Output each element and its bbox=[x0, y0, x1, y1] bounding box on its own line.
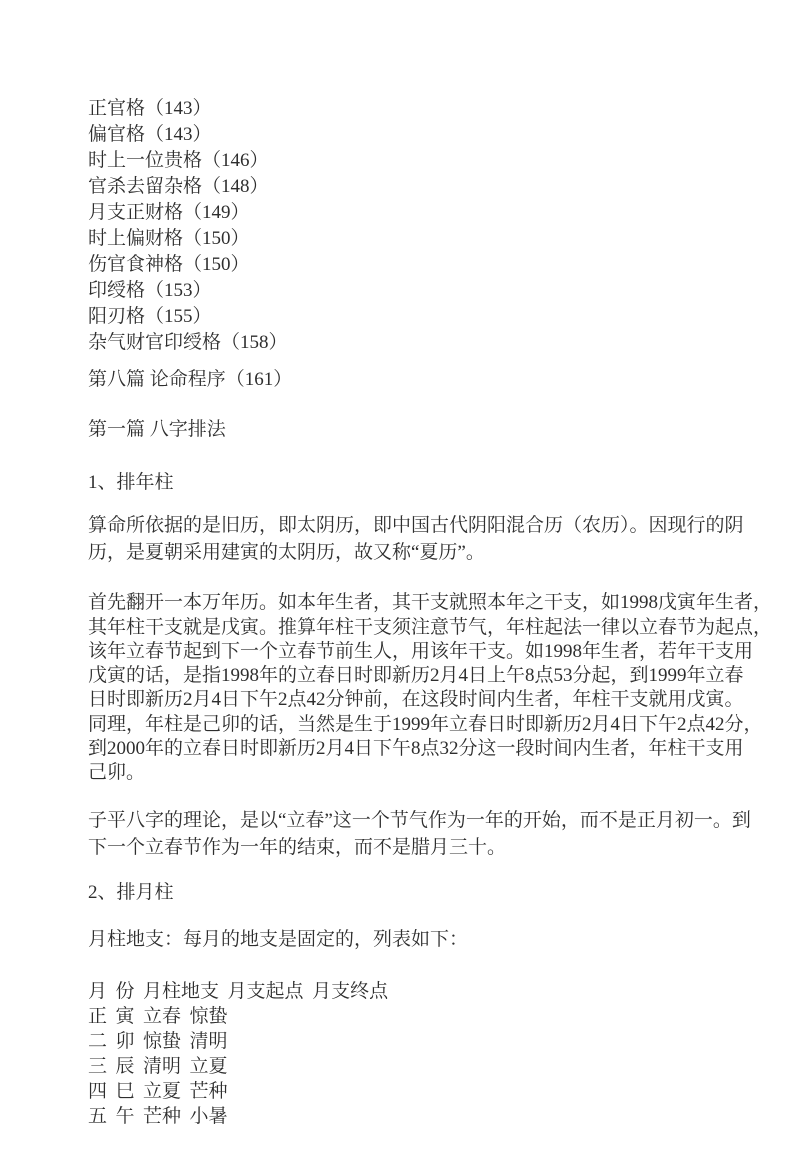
table-row: 四 巳 立夏 芒种 bbox=[88, 1079, 753, 1104]
paragraph-line: 戊寅的话，是指1998年的立春日时即新历2月4日上午8点53分起，到1999年立… bbox=[88, 664, 753, 688]
table-cell: 惊蛰 bbox=[143, 1029, 181, 1054]
paragraph-line: 其年柱干支就是戊寅。推算年柱干支须注意节气，年柱起法一律以立春节为起点， bbox=[88, 616, 753, 640]
table-header-cell: 月柱地支 bbox=[143, 979, 219, 1004]
section-heading-1: 第一篇 八字排法 bbox=[88, 417, 753, 443]
paragraph-line: 该年立春节起到下一个立春节前生人，用该年干支。如1998年生者，若年干支用 bbox=[88, 640, 753, 664]
paragraph-line: 算命所依据的是旧历，即太阴历，即中国古代阴阳混合历（农历）。因现行的阴 bbox=[88, 513, 753, 540]
toc-item: 正官格（143） bbox=[88, 96, 753, 122]
table-cell: 清明 bbox=[190, 1029, 228, 1054]
toc-item: 官杀去留杂格（148） bbox=[88, 174, 753, 200]
toc-item: 偏官格（143） bbox=[88, 122, 753, 148]
table-cell: 小暑 bbox=[190, 1104, 228, 1129]
table-cell: 五 bbox=[88, 1104, 107, 1129]
table-cell: 立夏 bbox=[190, 1054, 228, 1079]
month-table: 月 份 月柱地支 月支起点 月支终点 正 寅 立春 惊蛰 二 卯 惊蛰 清明 三… bbox=[88, 979, 753, 1129]
page: { "page": { "background": "#ffffff", "te… bbox=[0, 0, 789, 1157]
paragraph-line: 同理，年柱是己卯的话，当然是生于1999年立春日时即新历2月4日下午2点42分， bbox=[88, 713, 753, 737]
toc-item: 时上一位贵格（146） bbox=[88, 148, 753, 174]
table-row: 正 寅 立春 惊蛰 bbox=[88, 1004, 753, 1029]
table-cell: 立夏 bbox=[143, 1079, 181, 1104]
subsection-heading-month-pillar: 2、排月柱 bbox=[88, 880, 753, 906]
paragraph-line: 下一个立春节作为一年的结束，而不是腊月三十。 bbox=[88, 835, 753, 862]
section-heading-8: 第八篇 论命程序（161） bbox=[88, 367, 753, 393]
paragraph-line: 首先翻开一本万年历。如本年生者，其干支就照本年之干支，如1998戊寅年生者， bbox=[88, 591, 753, 615]
table-cell: 立春 bbox=[143, 1004, 181, 1029]
paragraph-line: 日时即新历2月4日下午2点42分钟前，在这段时间内生者，年柱干支就用戊寅。 bbox=[88, 688, 753, 712]
paragraph-line: 到2000年的立春日时即新历2月4日下午8点32分这一段时间内生者，年柱干支用 bbox=[88, 737, 753, 761]
toc-item: 伤官食神格（150） bbox=[88, 252, 753, 278]
table-cell: 辰 bbox=[116, 1054, 135, 1079]
subsection-heading-year-pillar: 1、排年柱 bbox=[88, 470, 753, 496]
table-cell: 清明 bbox=[143, 1054, 181, 1079]
paragraph-line: 己卯。 bbox=[88, 761, 753, 785]
table-cell: 卯 bbox=[116, 1029, 135, 1054]
table-cell: 芒种 bbox=[190, 1079, 228, 1104]
table-row: 三 辰 清明 立夏 bbox=[88, 1054, 753, 1079]
paragraph-month-intro: 月柱地支：每月的地支是固定的，列表如下： bbox=[88, 927, 753, 953]
table-row: 二 卯 惊蛰 清明 bbox=[88, 1029, 753, 1054]
toc-list: 正官格（143） 偏官格（143） 时上一位贵格（146） 官杀去留杂格（148… bbox=[88, 96, 753, 356]
table-cell: 二 bbox=[88, 1029, 107, 1054]
toc-item: 杂气财官印绶格（158） bbox=[88, 330, 753, 356]
table-cell: 四 bbox=[88, 1079, 107, 1104]
table-cell: 正 bbox=[88, 1004, 107, 1029]
table-row: 五 午 芒种 小暑 bbox=[88, 1104, 753, 1129]
table-cell: 寅 bbox=[116, 1004, 135, 1029]
toc-item: 阳刃格（155） bbox=[88, 304, 753, 330]
paragraph-line: 历，是夏朝采用建寅的太阴历，故又称“夏历”。 bbox=[88, 540, 753, 567]
paragraph-calendar: 算命所依据的是旧历，即太阴历，即中国古代阴阳混合历（农历）。因现行的阴 历，是夏… bbox=[88, 513, 753, 566]
table-header-cell: 月支起点 bbox=[228, 979, 304, 1004]
toc-item: 月支正财格（149） bbox=[88, 200, 753, 226]
table-cell: 三 bbox=[88, 1054, 107, 1079]
table-header-row: 月 份 月柱地支 月支起点 月支终点 bbox=[88, 979, 753, 1004]
content-column: 正官格（143） 偏官格（143） 时上一位贵格（146） 官杀去留杂格（148… bbox=[88, 0, 753, 1129]
paragraph-lichun: 子平八字的理论，是以“立春”这一个节气作为一年的开始，而不是正月初一。到 下一个… bbox=[88, 808, 753, 861]
paragraph-line: 子平八字的理论，是以“立春”这一个节气作为一年的开始，而不是正月初一。到 bbox=[88, 808, 753, 835]
table-header-cell: 份 bbox=[116, 979, 135, 1004]
table-header-cell: 月支终点 bbox=[312, 979, 388, 1004]
table-cell: 芒种 bbox=[143, 1104, 181, 1129]
toc-item: 印绶格（153） bbox=[88, 278, 753, 304]
toc-item: 时上偏财格（150） bbox=[88, 226, 753, 252]
table-cell: 巳 bbox=[116, 1079, 135, 1104]
table-header-cell: 月 bbox=[88, 979, 107, 1004]
table-cell: 惊蛰 bbox=[190, 1004, 228, 1029]
table-cell: 午 bbox=[116, 1104, 135, 1129]
paragraph-year-pillar: 首先翻开一本万年历。如本年生者，其干支就照本年之干支，如1998戊寅年生者， 其… bbox=[88, 591, 753, 785]
